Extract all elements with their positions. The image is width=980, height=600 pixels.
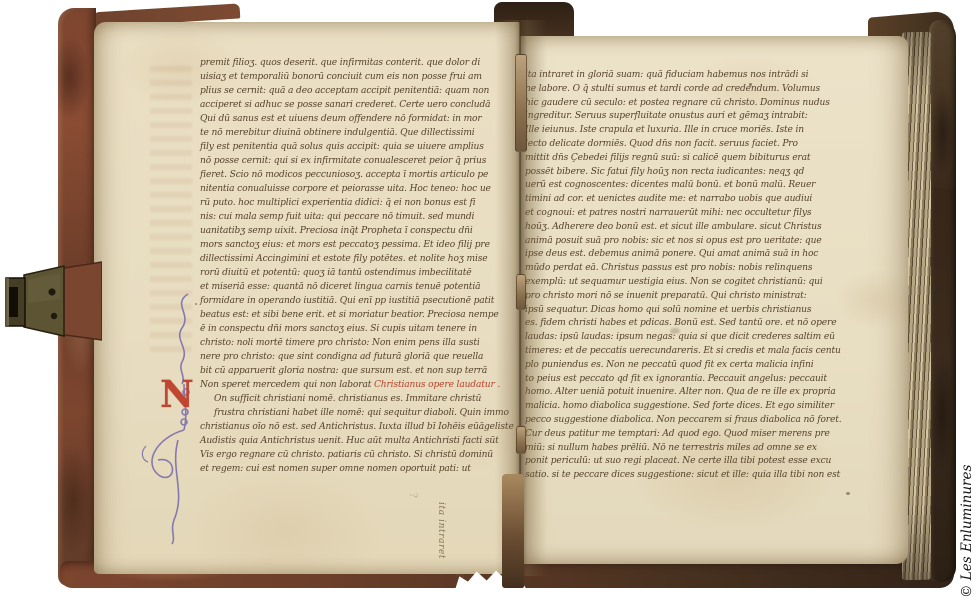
- illuminated-initial-n: N: [160, 376, 194, 413]
- manuscript-line: uerū est cognoscentes: dicentes malū bon…: [525, 179, 865, 193]
- binding-sewing-cord: [515, 54, 527, 152]
- manuscript-line: es. fidem christi habes et pdicas. Bonū …: [525, 317, 865, 331]
- rubric-text: Christianus opere laudatur .: [374, 380, 500, 390]
- manuscript-line: et miseriā esse: quantā nō diceret lingu…: [200, 280, 504, 294]
- manuscript-line: nitentia conualuisse corpore et peiorass…: [200, 182, 504, 196]
- manuscript-line: ita intraret in gloriā suam: quā fiducia…: [525, 69, 865, 83]
- manuscript-line: possēt bibere. Sic fatui fily hoūʒ non r…: [525, 166, 865, 180]
- manuscript-line: hic gaudere cū seculo: et postea regnare…: [525, 97, 865, 111]
- parchment-speck: [846, 492, 850, 495]
- manuscript-line: Ille ieiunus. Iste crapula et luxuria. I…: [525, 124, 865, 138]
- right-page: ita intraret in gloriā suam: quā fiducia…: [520, 36, 908, 564]
- leather-cover-right-edge: [929, 20, 956, 582]
- manuscript-line: bit cū apparuerit gloria nostra: que sur…: [200, 364, 504, 378]
- manuscript-line: nō posse cernit: qui si ex infirmitate c…: [200, 154, 504, 168]
- manuscript-line: te nō merebitur diuinā obtinere indulgen…: [200, 126, 504, 140]
- manuscript-line: On sufficit christiani nomē. christianus…: [200, 392, 504, 406]
- right-page-text: ita intraret in gloriā suam: quā fiducia…: [525, 69, 865, 483]
- manuscript-line: Non speret mercedem qui non laborat Chri…: [200, 378, 504, 392]
- manuscript-line: frustra christiani habet ille nomē: qui …: [200, 406, 504, 420]
- binding-sewing-cord: [516, 426, 526, 454]
- manuscript-line: formidare in operando iustitiā. Qui enī …: [200, 294, 504, 308]
- manuscript-line: hoūʒ. Adherere deo bonū est. et sicut il…: [525, 221, 865, 235]
- manuscript-line: timeres: et de peccatis uerecundareris. …: [525, 345, 865, 359]
- manuscript-line: uanitatibʒ semp uixit. Preciosa inq̄t Pr…: [200, 224, 504, 238]
- manuscript-line: miū: si nullum habes prēliū. Nō ne terre…: [525, 442, 865, 456]
- manuscript-line: ne labore. O q̄ stulti sumus et tardi co…: [525, 83, 865, 97]
- manuscript-line: pecco suggestione diabolica. Non peccare…: [525, 414, 865, 428]
- manuscript-line: et regem: cui est nomen super omne nomen…: [200, 462, 504, 476]
- parchment-speck: [749, 83, 752, 86]
- manuscript-line: et cognoui: et patres nostri narrauerūt …: [525, 207, 865, 221]
- left-page-text: premit filioʒ. quos deserit. que infirmi…: [200, 56, 504, 476]
- manuscript-line: plius se cernit: quā a deo acceptam acci…: [200, 84, 504, 98]
- manuscript-line: beatus est: et sibi bene erit. et si mor…: [200, 308, 504, 322]
- manuscript-line: ipse deus est. debemus animā ponere. Qui…: [525, 248, 865, 262]
- manuscript-line: animā posuit suā pro nobis: sic et nos s…: [525, 235, 865, 249]
- manuscript-line: ponit periculū: ut suo regi placeat. Ne …: [525, 455, 865, 469]
- manuscript-book: premit filioʒ. quos deserit. que infirmi…: [58, 6, 956, 588]
- manuscript-line: christianus oīo nō est. sed Antichristus…: [200, 420, 504, 434]
- manuscript-line: lecto delicate dormiēs. Quod dn̄s non fa…: [525, 138, 865, 152]
- manuscript-line: mittit dn̄s Çebedei filijs regnū suū: si…: [525, 152, 865, 166]
- copyright-credit: © Les Enluminures: [959, 465, 975, 598]
- manuscript-line: plo puniendus es. Non ne peccatū quod fi…: [525, 359, 865, 373]
- manuscript-line: homo. Alter ueniā potuit inuenire. Alter…: [525, 386, 865, 400]
- manuscript-line: ē in conspectu dn̄i mors sanctoʒ eius. S…: [200, 322, 504, 336]
- manuscript-line: Vis ergo regnare cū christo. patiaris cū…: [200, 448, 504, 462]
- manuscript-line: ingreditur. Seruus superfluitate onustus…: [525, 110, 865, 124]
- manuscript-line: mors sanctoʒ eius: et mors est peccatoʒ …: [200, 238, 504, 252]
- pen-trial-mark: ?: [407, 492, 419, 499]
- manuscript-photograph: premit filioʒ. quos deserit. que infirmi…: [0, 0, 980, 600]
- manuscript-line: acciperet si adhuc se posse sanari crede…: [200, 98, 504, 112]
- manuscript-line: rū puto. hoc multiplici experientia didi…: [200, 196, 504, 210]
- manuscript-line: rorū diuitū et potentū: quoʒ iā tantū os…: [200, 266, 504, 280]
- manuscript-line: fieret. Scio nō modicos peccuniosoʒ. acc…: [200, 168, 504, 182]
- manuscript-line: malicia. homo diabolica suggestione. Sed…: [525, 400, 865, 414]
- manuscript-line: dillectissimi Accingimini et estote fily…: [200, 252, 504, 266]
- pen-trial-mark: ?: [453, 572, 464, 578]
- manuscript-line: laudas: ipsū laudas: ipsum negas: quia s…: [525, 331, 865, 345]
- manuscript-line: Cur deus patitur me temptari: Ad quod eg…: [525, 428, 865, 442]
- manuscript-line: Qui dū sanus est et uiuens deum offender…: [200, 112, 504, 126]
- manuscript-line: timini ad cor. et uenictes audite me: et…: [525, 193, 865, 207]
- binding-sewing-cord: [516, 274, 526, 310]
- parchment-stain: [670, 328, 680, 334]
- catchword: ita intraret: [436, 502, 446, 559]
- spine-fold-bottom: [502, 474, 524, 588]
- manuscript-line: satio. si te peccare dices suggestione: …: [525, 469, 865, 483]
- manuscript-line: Audistis quia Antichristus uenit. Huc aū…: [200, 434, 504, 448]
- manuscript-line: mūdo perdat eā. Christus passus est pro …: [525, 262, 865, 276]
- manuscript-line: exemplū: ut sequamur uestigia eius. Non …: [525, 276, 865, 290]
- manuscript-line: uisiaʒ et temporaliū bonorū conciuit cum…: [200, 70, 504, 84]
- manuscript-line: pro christo mori nō se inuenit preparatū…: [525, 290, 865, 304]
- manuscript-line: ipsū sequatur. Dicas homo qui solū nomin…: [525, 304, 865, 318]
- pen-flourish-decoration: [132, 288, 224, 546]
- clasp: [4, 254, 102, 352]
- manuscript-line: premit filioʒ. quos deserit. que infirmi…: [200, 56, 504, 70]
- manuscript-line: nere pro christo: que sint condigna ad f…: [200, 350, 504, 364]
- manuscript-line: nis: cui mala semp fuit uita: qui peccar…: [200, 210, 504, 224]
- manuscript-line: fily est penitentia quā solus quis accip…: [200, 140, 504, 154]
- manuscript-line: to peius est peccato qd fit ex ignoranti…: [525, 373, 865, 387]
- left-page: premit filioʒ. quos deserit. que infirmi…: [94, 22, 520, 574]
- parchment-speck: [195, 303, 197, 305]
- manuscript-line: christo: noli mortē timere pro christo: …: [200, 336, 504, 350]
